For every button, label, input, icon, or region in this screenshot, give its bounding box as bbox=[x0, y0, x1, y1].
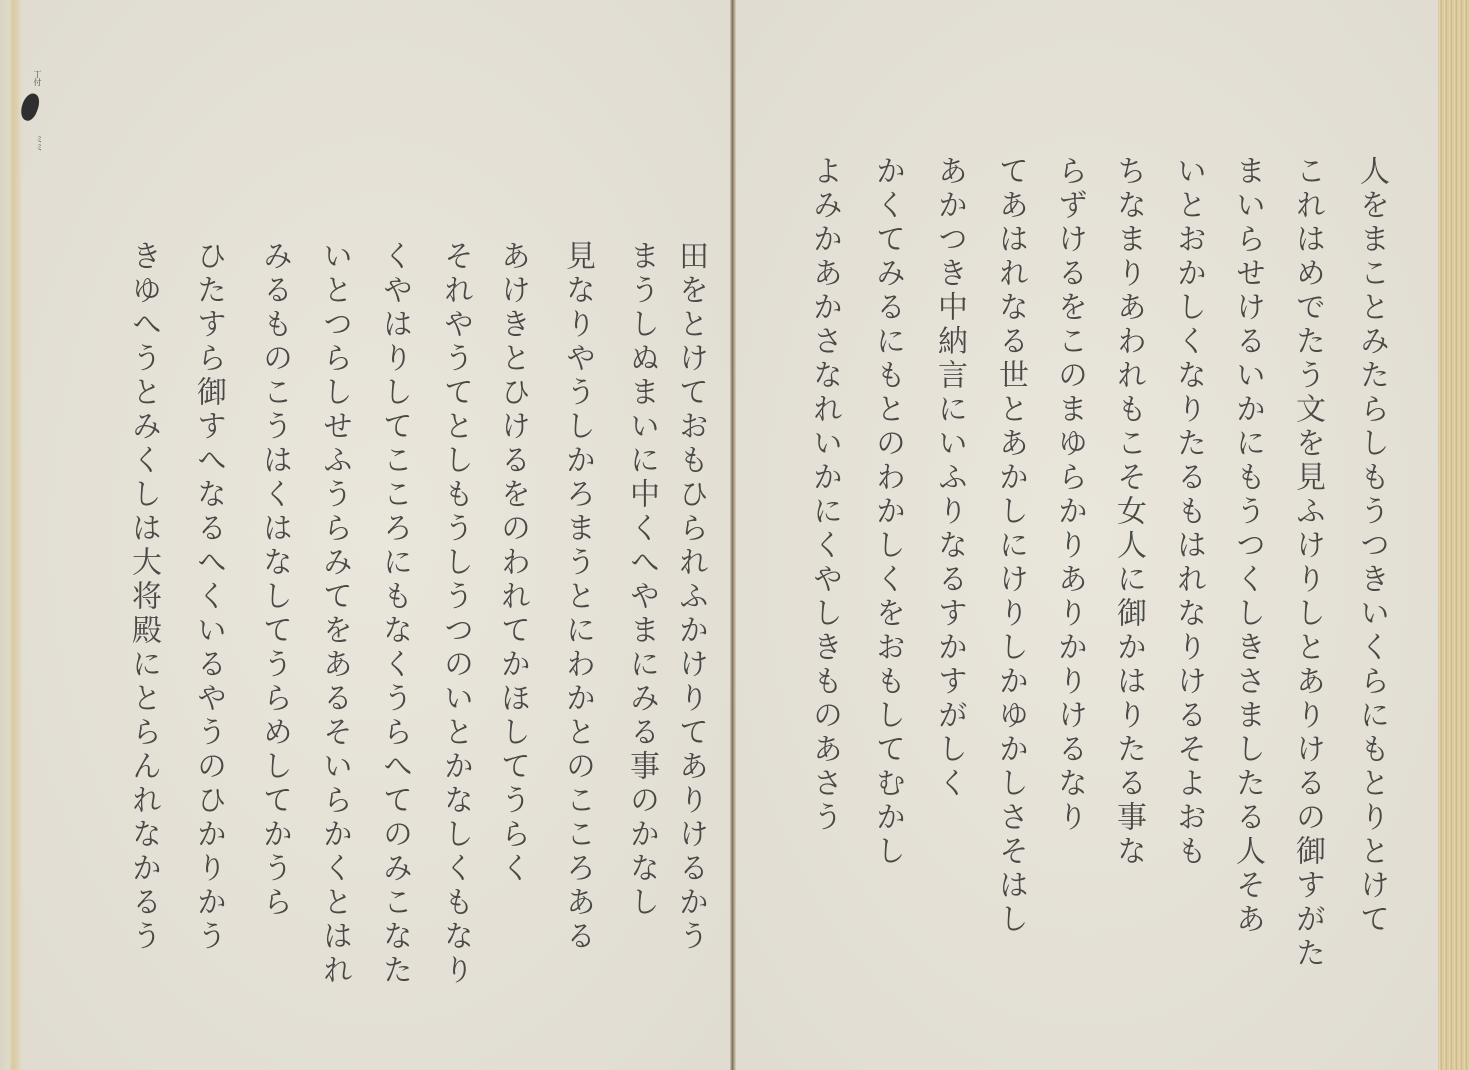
text-column: あけきとひけるをのわれてかほしてうらく bbox=[497, 240, 527, 886]
text-column: いとおかしくなりたるもはれなりけるそよおも bbox=[1173, 155, 1203, 869]
page-block-edge bbox=[1438, 0, 1470, 1070]
text-column: これはめでたう文を見ふけりしとありけるの御すがた bbox=[1292, 155, 1322, 971]
text-column: 田をとけておもひられふかけりてありけるかう bbox=[675, 240, 705, 954]
text-column: いとつらしせふうらみてをあるそいらかくとはれ bbox=[319, 240, 349, 988]
text-column: ちなまりあわれもこそ女人に御かはりたる事な bbox=[1113, 155, 1143, 869]
text-column: かくてみるにもとのわかしくをおもしてむかし bbox=[872, 155, 902, 869]
text-column: まいらせけるいかにもうつくしきさましたる人そあ bbox=[1232, 155, 1262, 937]
book-spread: 丁付 ミミ 田をとけておもひられふかけりてありけるかう まうしぬまいに中くへやま… bbox=[0, 0, 1470, 1070]
text-column: それやうてとしもうしうつのいとかなしくもなり bbox=[440, 240, 470, 988]
text-column: らずけるをこのまゆらかりありかりけるなり bbox=[1054, 155, 1084, 835]
left-board-edge bbox=[0, 0, 22, 1070]
right-page: 人をまことみたらしもうつきいくらにもとりとけて これはめでたう文を見ふけりしとあ… bbox=[736, 0, 1438, 1070]
text-column: みるものこうはくはなしてうらめしてかうら bbox=[259, 240, 289, 920]
text-column: まうしぬまいに中くへやまにみる事のかなし bbox=[626, 240, 656, 920]
text-column: 見なりやうしかろまうとにわかとのこころある bbox=[562, 240, 592, 954]
text-column: てあはれなる世とあかしにけりしかゆかしさそはし bbox=[995, 155, 1025, 937]
text-column: 人をまことみたらしもうつきいくらにもとりとけて bbox=[1356, 155, 1386, 937]
text-column: よみかあかさなれいかにくやしきものあさう bbox=[809, 155, 839, 835]
margin-mark-lower: ミミ bbox=[34, 135, 45, 151]
text-column: きゆへうとみくしは大将殿にとらんれなかるう bbox=[128, 240, 158, 954]
ink-blot-mark bbox=[18, 91, 43, 123]
left-page: 丁付 ミミ 田をとけておもひられふかけりてありけるかう まうしぬまいに中くへやま… bbox=[22, 0, 732, 1070]
margin-mark-upper: 丁付 bbox=[32, 70, 43, 86]
text-column: ひたすら御すへなるへくいるやうのひかりかう bbox=[193, 240, 223, 954]
text-column: くやはりしてこころにもなくうらへてのみこなた bbox=[379, 240, 409, 988]
text-column: あかつき中納言にいふりなるすかすがしく bbox=[934, 155, 964, 801]
